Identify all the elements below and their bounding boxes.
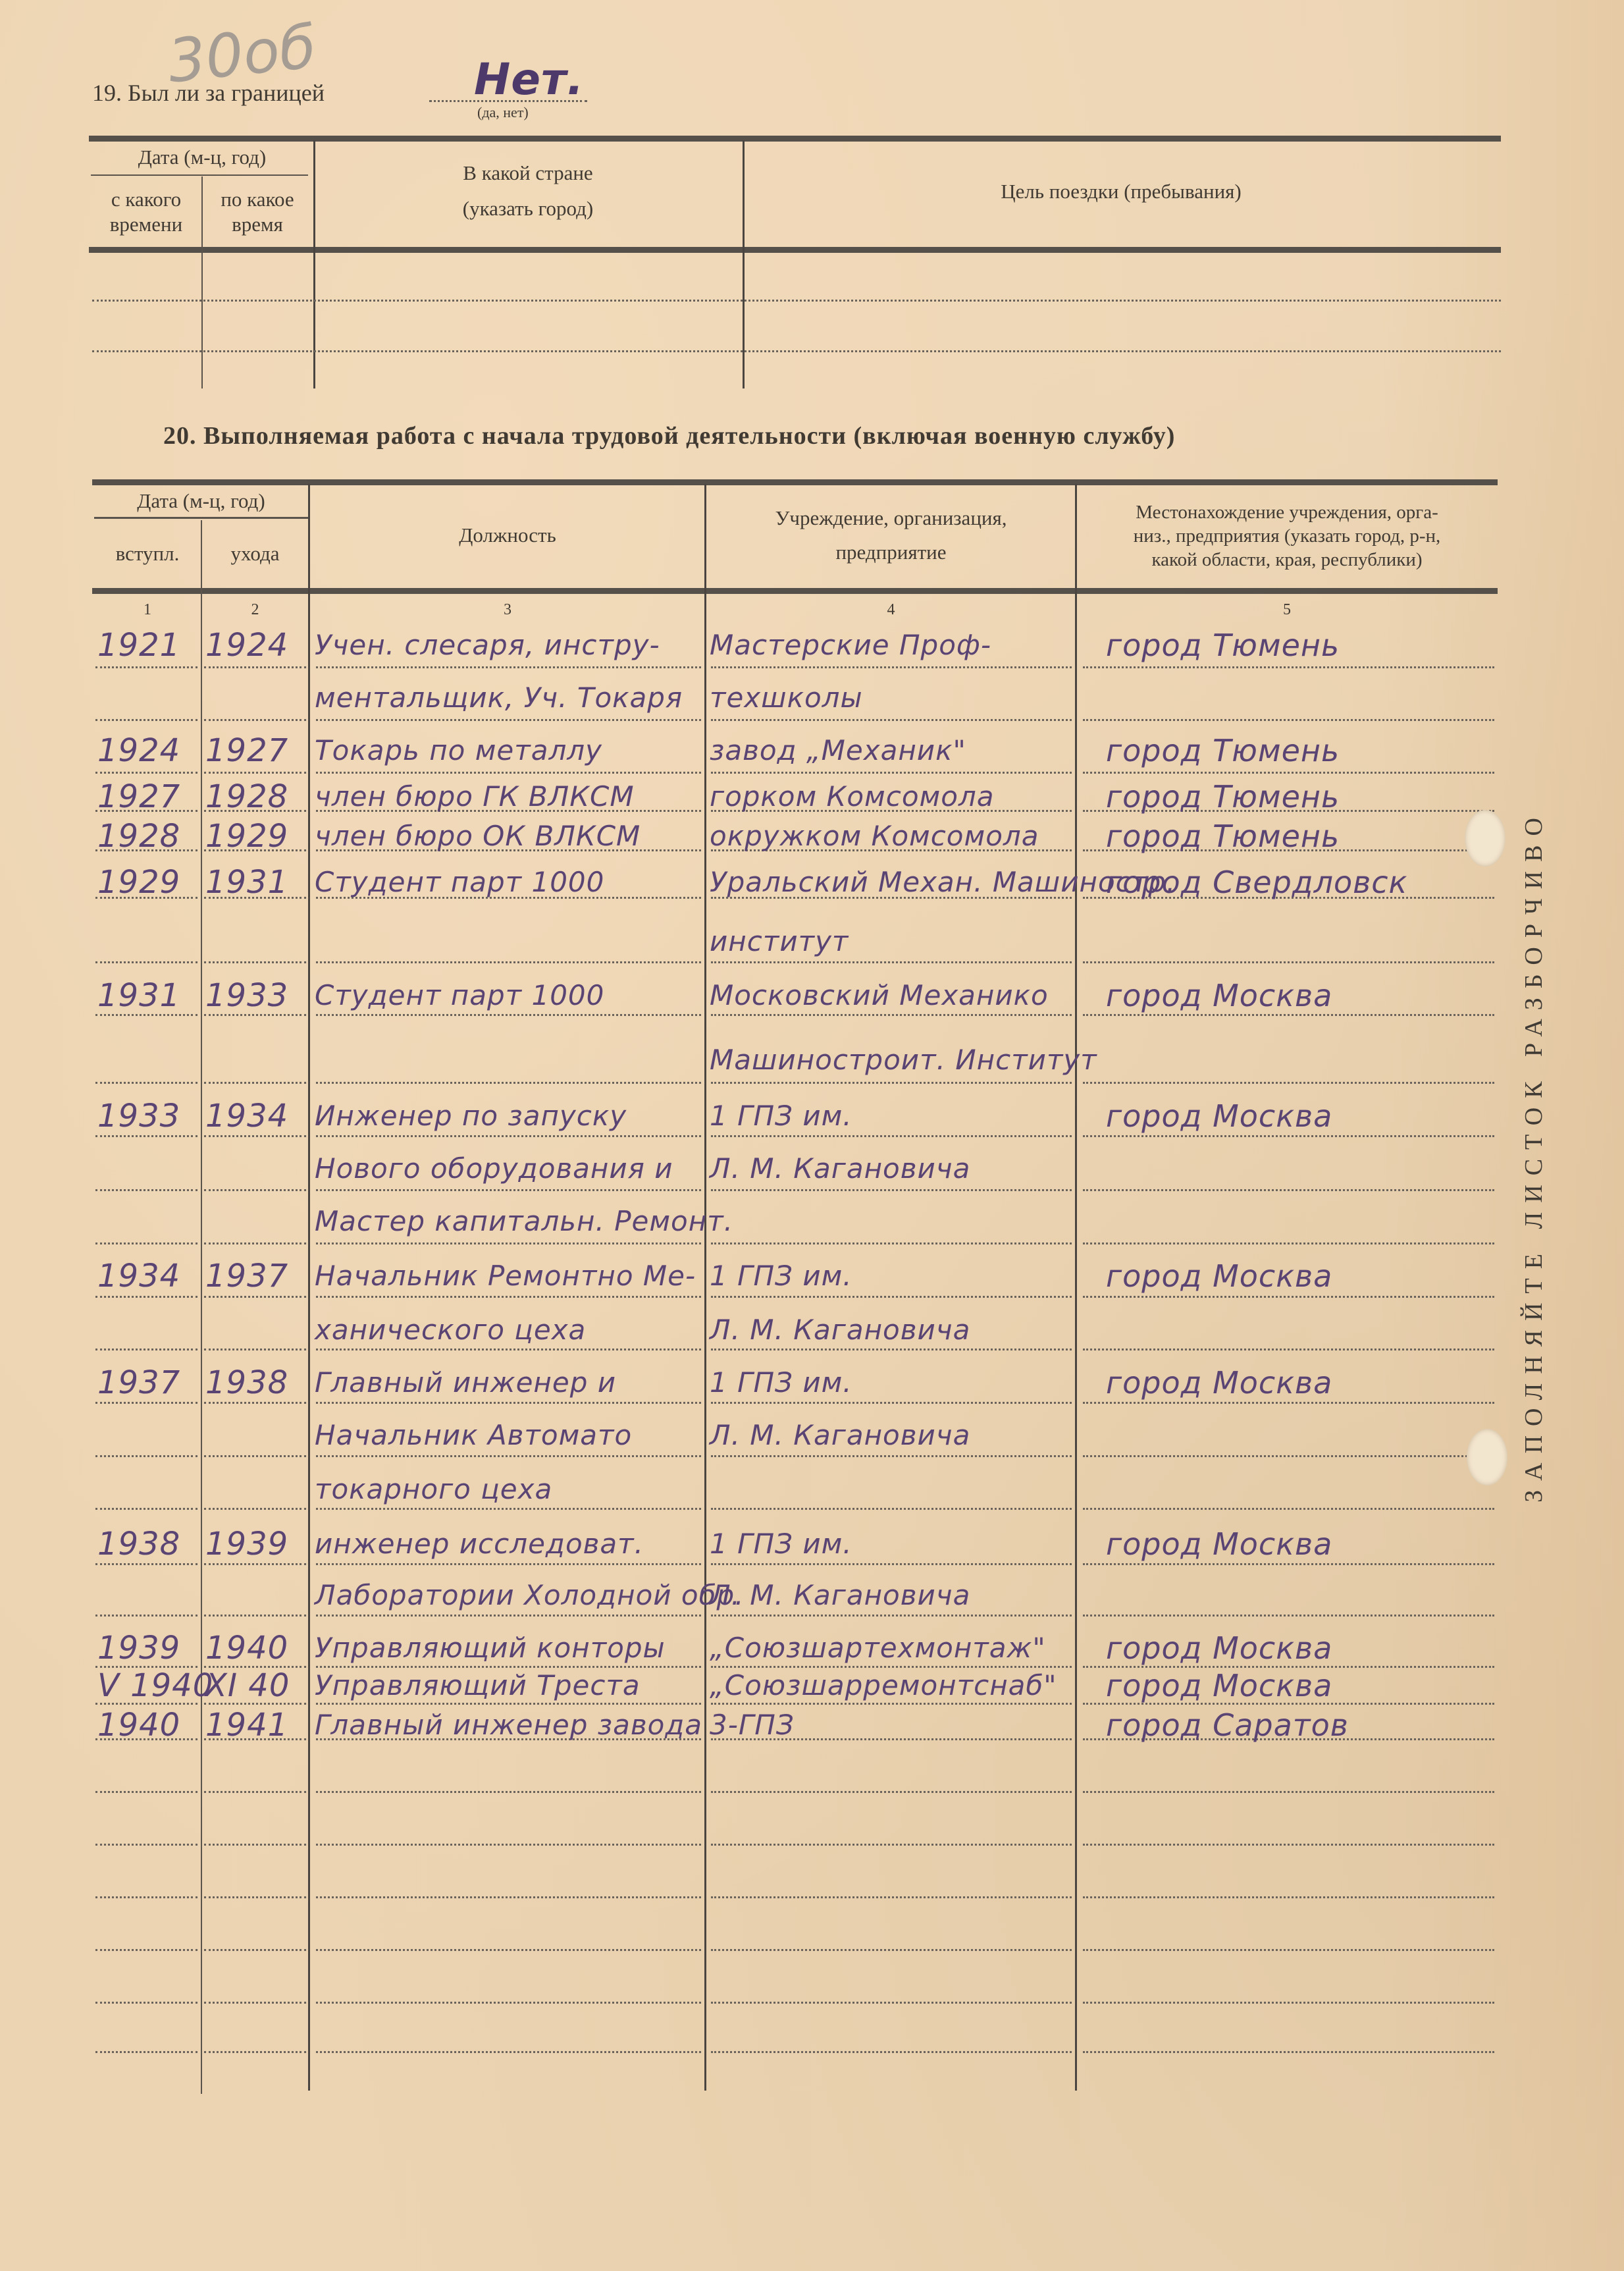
row-line <box>95 1189 197 1191</box>
row-line <box>1083 1189 1494 1191</box>
position-cell: Студент парт 1000 <box>315 863 604 902</box>
row-line <box>711 1296 1072 1298</box>
organization-cell: Л. М. Кагановича <box>710 1576 970 1615</box>
header-country-line2: (указать город) <box>313 195 743 223</box>
row-line <box>95 2002 197 2004</box>
position-cell: Нового оборудования и <box>315 1149 673 1189</box>
row-line <box>316 1082 701 1084</box>
row-line <box>316 1296 701 1298</box>
row-line <box>316 2002 701 2004</box>
row-line <box>95 1896 197 1898</box>
start-date-cell: 1928 <box>97 816 180 856</box>
row-line <box>1083 1455 1494 1457</box>
row-line <box>204 1455 306 1457</box>
end-date-cell: 1931 <box>205 863 288 902</box>
row-line <box>204 1791 306 1793</box>
header-to-line2: время <box>201 211 313 238</box>
position-cell: Токарь по металлу <box>315 731 602 770</box>
organization-cell: 1 ГПЗ им. <box>710 1524 852 1564</box>
section20-heading: 20. Выполняемая работа с начала трудовой… <box>163 421 1175 450</box>
position-cell: Управляющий конторы <box>315 1628 666 1668</box>
position-cell: токарного цеха <box>315 1470 552 1509</box>
row-line <box>711 1896 1072 1898</box>
header-location-line1: Местонахождение учреждения, орга- <box>1076 500 1498 524</box>
start-date-cell: V 1940 <box>97 1666 199 1705</box>
row-line <box>316 961 701 963</box>
header-org-line1: Учреждение, организация, <box>706 504 1076 532</box>
row-line <box>204 1189 306 1191</box>
position-cell: Начальник Ремонтно Ме- <box>315 1256 696 1296</box>
row-line <box>1083 961 1494 963</box>
position-cell: Мастер капитальн. Ремонт. <box>315 1202 710 1241</box>
organization-cell: Л. М. Кагановича <box>710 1416 970 1455</box>
organization-cell: 3-ГПЗ <box>710 1705 795 1745</box>
row-line <box>711 2002 1072 2004</box>
row-line <box>95 1791 197 1793</box>
position-cell: Студент парт 1000 <box>315 976 604 1015</box>
header-start: вступл. <box>94 540 201 568</box>
section19-question: 19. Был ли за границей <box>92 79 325 107</box>
location-cell: город Саратов <box>1093 1705 1349 1745</box>
position-cell: член бюро ГК ВЛКСМ <box>315 777 635 816</box>
row-line <box>711 1949 1072 1951</box>
row-line <box>204 1949 306 1951</box>
row-line <box>711 1455 1072 1457</box>
location-cell: город Москва <box>1093 1363 1332 1403</box>
row-line <box>711 2051 1072 2053</box>
end-date-cell: 1937 <box>205 1256 288 1296</box>
location-cell: город Москва <box>1093 1256 1332 1296</box>
end-date-cell: 1928 <box>205 777 288 816</box>
start-date-cell: 1931 <box>97 976 180 1015</box>
organization-cell: 1 ГПЗ им. <box>710 1096 852 1136</box>
row-line <box>711 961 1072 963</box>
location-cell: город Москва <box>1093 1524 1332 1564</box>
position-cell: Инженер по запуску <box>315 1096 627 1136</box>
row-line <box>316 1949 701 1951</box>
answer-hint: (да, нет) <box>477 104 529 121</box>
location-cell: город Москва <box>1093 1096 1332 1136</box>
row-line <box>95 1455 197 1457</box>
row-line <box>95 2051 197 2053</box>
end-date-cell: 1939 <box>205 1524 288 1564</box>
row-line <box>1083 772 1494 774</box>
end-date-cell: 1941 <box>205 1705 288 1745</box>
row-line <box>95 1508 197 1510</box>
location-cell: город Тюмень <box>1093 816 1340 856</box>
end-date-cell: XI 40 <box>205 1666 290 1705</box>
organization-cell: „Союзшартехмонтаж" <box>710 1628 1046 1668</box>
location-cell: город Москва <box>1093 976 1332 1015</box>
row-line <box>204 2002 306 2004</box>
location-cell: город Тюмень <box>1093 777 1340 816</box>
header-country-line1: В какой стране <box>313 159 743 187</box>
column-divider <box>704 484 706 2091</box>
start-date-cell: 1934 <box>97 1256 180 1296</box>
row-line <box>316 1844 701 1846</box>
table-top-rule <box>92 479 1498 485</box>
organization-cell: „Союзшарремонтснаб" <box>710 1666 1057 1705</box>
column-number: 2 <box>201 596 309 624</box>
column-divider <box>308 484 310 2091</box>
start-date-cell: 1939 <box>97 1628 180 1668</box>
end-date-cell: 1934 <box>205 1096 288 1136</box>
row-line <box>711 1189 1072 1191</box>
row-line <box>204 719 306 721</box>
start-date-cell: 1924 <box>97 731 180 770</box>
punch-hole <box>1465 810 1506 867</box>
row-line <box>711 719 1072 721</box>
position-cell: Главный инженер завода <box>315 1705 702 1745</box>
row-line <box>204 1349 306 1350</box>
header-date-group: Дата (м-ц, год) <box>94 487 308 515</box>
header-end: ухода <box>201 540 309 568</box>
column-number: 3 <box>309 596 706 624</box>
end-date-cell: 1933 <box>205 976 288 1015</box>
organization-cell: Московский Механико <box>710 976 1049 1015</box>
start-date-cell: 1940 <box>97 1705 180 1745</box>
organization-cell: завод „Механик" <box>710 731 966 770</box>
organization-cell: Мастерские Проф- <box>710 626 991 665</box>
row-line <box>204 666 306 668</box>
row-line <box>711 1844 1072 1846</box>
header-from-line1: с какого <box>91 186 201 213</box>
position-cell: член бюро ОК ВЛКСМ <box>315 816 641 856</box>
row-line <box>95 1242 197 1244</box>
header-purpose: Цель поездки (пребывания) <box>743 178 1500 205</box>
row-line <box>316 1896 701 1898</box>
location-cell: город Москва <box>1093 1666 1332 1705</box>
side-instruction: ЗАПОЛНЯЙТЕ ЛИСТОК РАЗБОРЧИВО <box>1507 678 1560 1633</box>
column-divider <box>201 520 202 2094</box>
row-line <box>316 1189 701 1191</box>
organization-cell: техшколы <box>710 678 863 718</box>
end-date-cell: 1924 <box>205 626 288 665</box>
row-line <box>711 1082 1072 1084</box>
row-line <box>1083 1896 1494 1898</box>
row-line <box>316 719 701 721</box>
location-cell: город Тюмень <box>1093 731 1340 770</box>
end-date-cell: 1927 <box>205 731 288 770</box>
start-date-cell: 1929 <box>97 863 180 902</box>
row-line <box>204 961 306 963</box>
end-date-cell: 1938 <box>205 1363 288 1403</box>
row-line <box>204 1896 306 1898</box>
row-line <box>204 1508 306 1510</box>
organization-cell: Машиностроит. Институт <box>710 1040 1078 1080</box>
row-line <box>316 2051 701 2053</box>
row-line <box>204 772 306 774</box>
start-date-cell: 1938 <box>97 1524 180 1564</box>
header-from-line2: времени <box>91 211 201 238</box>
organization-cell: Л. М. Кагановича <box>710 1149 970 1189</box>
section19-answer: Нет. <box>474 54 584 105</box>
header-location-line3: какой области, края, республики) <box>1076 548 1498 572</box>
table-header-rule <box>92 588 1498 594</box>
row-line <box>1083 1791 1494 1793</box>
row-line <box>316 1455 701 1457</box>
side-instruction-text: ЗАПОЛНЯЙТЕ ЛИСТОК РАЗБОРЧИВО <box>1519 809 1548 1503</box>
column-number: 4 <box>706 596 1076 624</box>
table-header-rule <box>89 247 1501 253</box>
row-line <box>1083 1844 1494 1846</box>
position-cell: Начальник Автомато <box>315 1416 632 1455</box>
row-line <box>316 772 701 774</box>
row-line <box>95 1296 197 1298</box>
end-date-cell: 1929 <box>205 816 288 856</box>
position-cell: Управляющий Треста <box>315 1666 641 1705</box>
position-cell: ханического цеха <box>315 1310 586 1350</box>
header-to-line1: по какое <box>201 186 313 213</box>
start-date-cell: 1921 <box>97 626 180 665</box>
row-line <box>316 1242 701 1244</box>
position-cell: ментальщик, Уч. Токаря <box>315 678 683 718</box>
row-line <box>204 1844 306 1846</box>
row-line <box>316 1791 701 1793</box>
row-line <box>316 666 701 668</box>
row-line <box>1083 2051 1494 2053</box>
row-line <box>204 2051 306 2053</box>
row-line[interactable] <box>92 300 1501 302</box>
row-line <box>95 1615 197 1616</box>
row-line <box>95 1949 197 1951</box>
start-date-cell: 1937 <box>97 1363 180 1403</box>
header-location-line2: низ., предприятия (указать город, р-н, <box>1076 524 1498 548</box>
position-cell: Главный инженер и <box>315 1363 616 1403</box>
row-line <box>1083 719 1494 721</box>
column-number: 1 <box>94 596 201 624</box>
header-date-group: Дата (м-ц, год) <box>91 144 313 171</box>
row-line[interactable] <box>92 350 1501 352</box>
row-line <box>204 1242 306 1244</box>
position-cell: инженер исследоват. <box>315 1524 644 1564</box>
end-date-cell: 1940 <box>205 1628 288 1668</box>
organization-cell: 1 ГПЗ им. <box>710 1256 852 1296</box>
row-line <box>95 772 197 774</box>
row-line <box>711 1791 1072 1793</box>
organization-cell: 1 ГПЗ им. <box>710 1363 852 1403</box>
row-line <box>95 961 197 963</box>
row-line <box>95 719 197 721</box>
row-line <box>711 772 1072 774</box>
organization-cell: горком Комсомола <box>710 777 994 816</box>
row-line <box>204 1296 306 1298</box>
row-line <box>95 1082 197 1084</box>
row-line <box>1083 1949 1494 1951</box>
punch-hole <box>1467 1429 1507 1485</box>
start-date-cell: 1933 <box>97 1096 180 1136</box>
row-line <box>711 666 1072 668</box>
row-line <box>95 1349 197 1350</box>
organization-cell: Л. М. Кагановича <box>710 1310 970 1350</box>
row-line <box>95 1844 197 1846</box>
date-group-underline <box>94 517 308 519</box>
organization-cell: Уральский Механ. Машиностр. <box>710 863 1078 902</box>
position-cell: Лаборатории Холодной обр. <box>315 1576 710 1615</box>
row-line <box>204 1082 306 1084</box>
location-cell: город Свердловск <box>1093 863 1407 902</box>
header-position: Должность <box>309 521 706 549</box>
row-line <box>1083 666 1494 668</box>
start-date-cell: 1927 <box>97 777 180 816</box>
row-line <box>711 1508 1072 1510</box>
date-group-underline <box>91 174 308 176</box>
row-line <box>1083 1349 1494 1350</box>
row-line <box>1083 1296 1494 1298</box>
row-line <box>1083 1508 1494 1510</box>
row-line <box>1083 2002 1494 2004</box>
location-cell: город Москва <box>1093 1628 1332 1668</box>
position-cell: Учен. слесаря, инстру- <box>315 626 660 665</box>
row-line <box>1083 1082 1494 1084</box>
row-line <box>95 666 197 668</box>
organization-cell: институт <box>710 922 849 961</box>
row-line <box>1083 1615 1494 1616</box>
location-cell: город Тюмень <box>1093 626 1340 665</box>
column-number: 5 <box>1076 596 1498 624</box>
header-org-line2: предприятие <box>706 539 1076 566</box>
row-line <box>711 1242 1072 1244</box>
organization-cell: окружком Комсомола <box>710 816 1039 856</box>
row-line <box>204 1615 306 1616</box>
column-divider <box>1075 484 1077 2091</box>
table-top-rule <box>89 136 1501 142</box>
row-line <box>1083 1242 1494 1244</box>
